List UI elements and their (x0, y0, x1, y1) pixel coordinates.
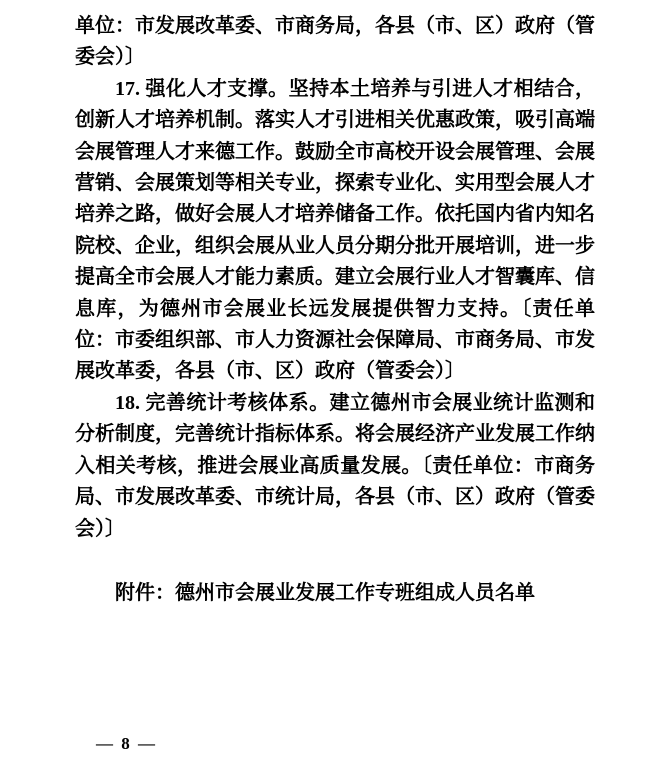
document-page: 单位：市发展改革委、市商务局，各县（市、区）政府（管委会）〕 17. 强化人才支… (0, 0, 666, 757)
responsibility-unit-continuation: 单位：市发展改革委、市商务局，各县（市、区）政府（管委会）〕 (75, 15, 595, 68)
paragraph-item-18: 18. 完善统计考核体系。建立德州市会展业统计监测和分析制度，完善统计指标体系。… (75, 388, 595, 545)
attachment-note: 附件：德州市会展业发展工作专班组成人员名单 (75, 578, 595, 609)
item-17-number-title: 17. 强化人才支撑。 (115, 78, 289, 100)
paragraph-continuation: 单位：市发展改革委、市商务局，各县（市、区）政府（管委会）〕 (75, 11, 595, 74)
item-18-number-title: 18. 完善统计考核体系。 (115, 392, 330, 414)
document-body: 单位：市发展改革委、市商务局，各县（市、区）政府（管委会）〕 17. 强化人才支… (75, 11, 595, 609)
paragraph-item-17: 17. 强化人才支撑。坚持本土培养与引进人才相结合，创新人才培养机制。落实人才引… (75, 74, 595, 388)
item-17-body-text: 坚持本土培养与引进人才相结合，创新人才培养机制。落实人才引进相关优惠政策，吸引高… (75, 78, 595, 320)
page-number: — 8 — (96, 734, 157, 754)
